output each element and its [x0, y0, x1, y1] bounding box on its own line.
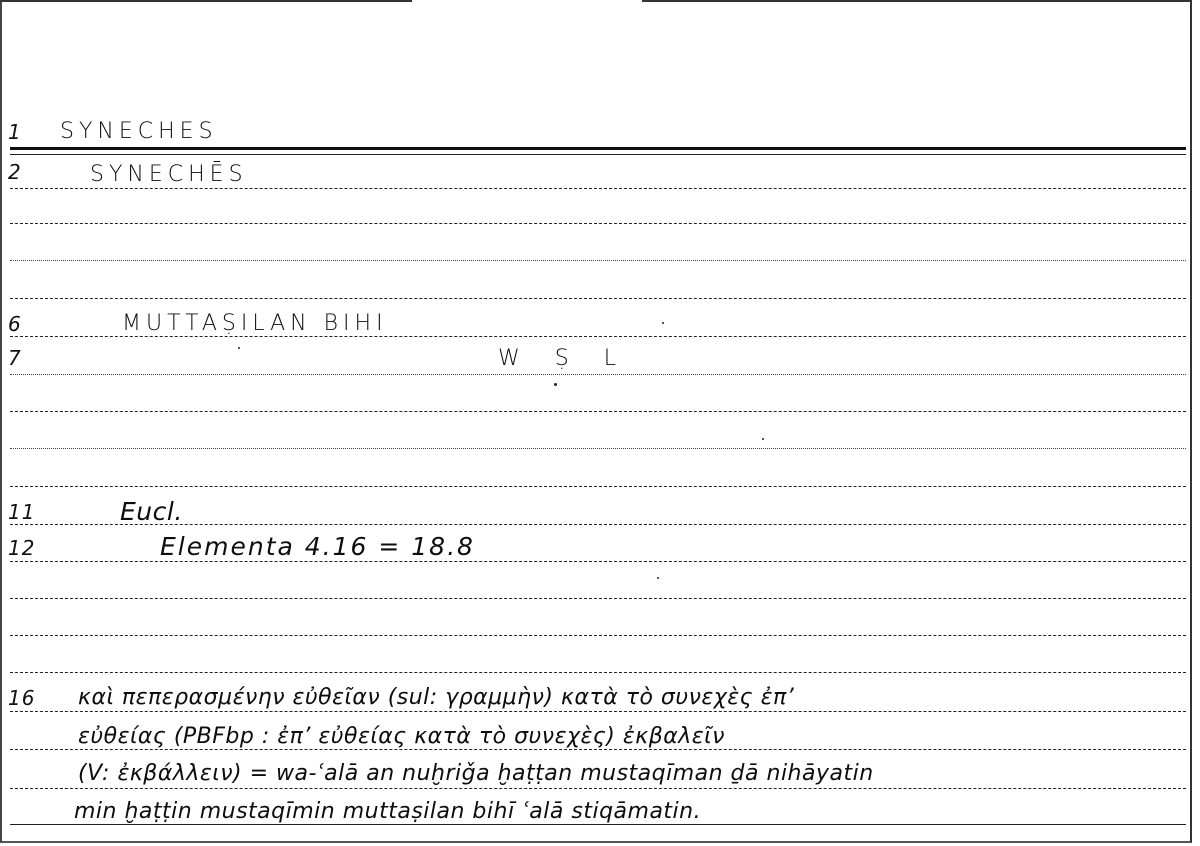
ruled-line [10, 749, 1186, 750]
line-number: 1 [8, 120, 22, 144]
line-number: 16 [8, 686, 35, 710]
ruled-line [10, 448, 1186, 449]
scan-speck [662, 322, 664, 324]
line-number: 2 [8, 160, 22, 184]
ruled-line [10, 154, 1186, 155]
citation-line: min ḫaṭṭin mustaqīmin muttaṣilan bihī ʿa… [74, 799, 701, 824]
index-card: 1 2 6 7 11 12 16 SYNECHES SYNECHĒS MUTTA… [0, 0, 1192, 843]
ruled-line [10, 598, 1186, 599]
ruled-line [10, 788, 1186, 789]
ruled-line [10, 260, 1186, 261]
ruled-line [10, 298, 1186, 299]
ruled-line [10, 561, 1186, 562]
scan-speck [554, 383, 557, 386]
scan-speck [762, 438, 764, 440]
greek-headword-transliterated: SYNECHĒS [90, 162, 248, 187]
ruled-line [10, 672, 1186, 673]
ruled-line [10, 635, 1186, 636]
source-reference: Elementa 4.16 = 18.8 [160, 532, 475, 561]
ruled-line [10, 374, 1186, 375]
citation-line: καὶ πεπερασμένην εὐθεῖαν (sul: γραμμὴν) … [78, 685, 794, 710]
ruled-line [10, 411, 1186, 412]
ruled-line [10, 223, 1186, 224]
ruled-line [10, 711, 1186, 712]
greek-headword-uppercase: SYNECHES [60, 119, 218, 144]
ruled-line [10, 824, 1186, 825]
line-number: 11 [8, 500, 35, 524]
line-number: 7 [8, 346, 22, 370]
source-author: Eucl. [120, 497, 183, 526]
arabic-root: W Ṣ L [498, 346, 630, 371]
arabic-equivalent: MUTTAṢILAN BIHI [122, 311, 388, 336]
scan-speck [657, 577, 659, 579]
ruled-line [10, 486, 1186, 487]
ruled-line [10, 336, 1186, 337]
border-gap [412, 0, 642, 3]
citation-line: (V: ἐκβάλλειν) = wa-ʿalā an nuḫriǧa ḫaṭṭ… [78, 761, 874, 786]
ruled-line [10, 524, 1186, 525]
ruled-line-heavy [10, 147, 1186, 150]
citation-line: εὐθείας (PBFbp : ἐπ’ εὐθείας κατὰ τὸ συν… [78, 724, 725, 749]
line-number: 6 [8, 312, 22, 336]
scan-speck [238, 347, 240, 349]
line-number: 12 [8, 536, 35, 560]
ruled-line [10, 188, 1186, 189]
